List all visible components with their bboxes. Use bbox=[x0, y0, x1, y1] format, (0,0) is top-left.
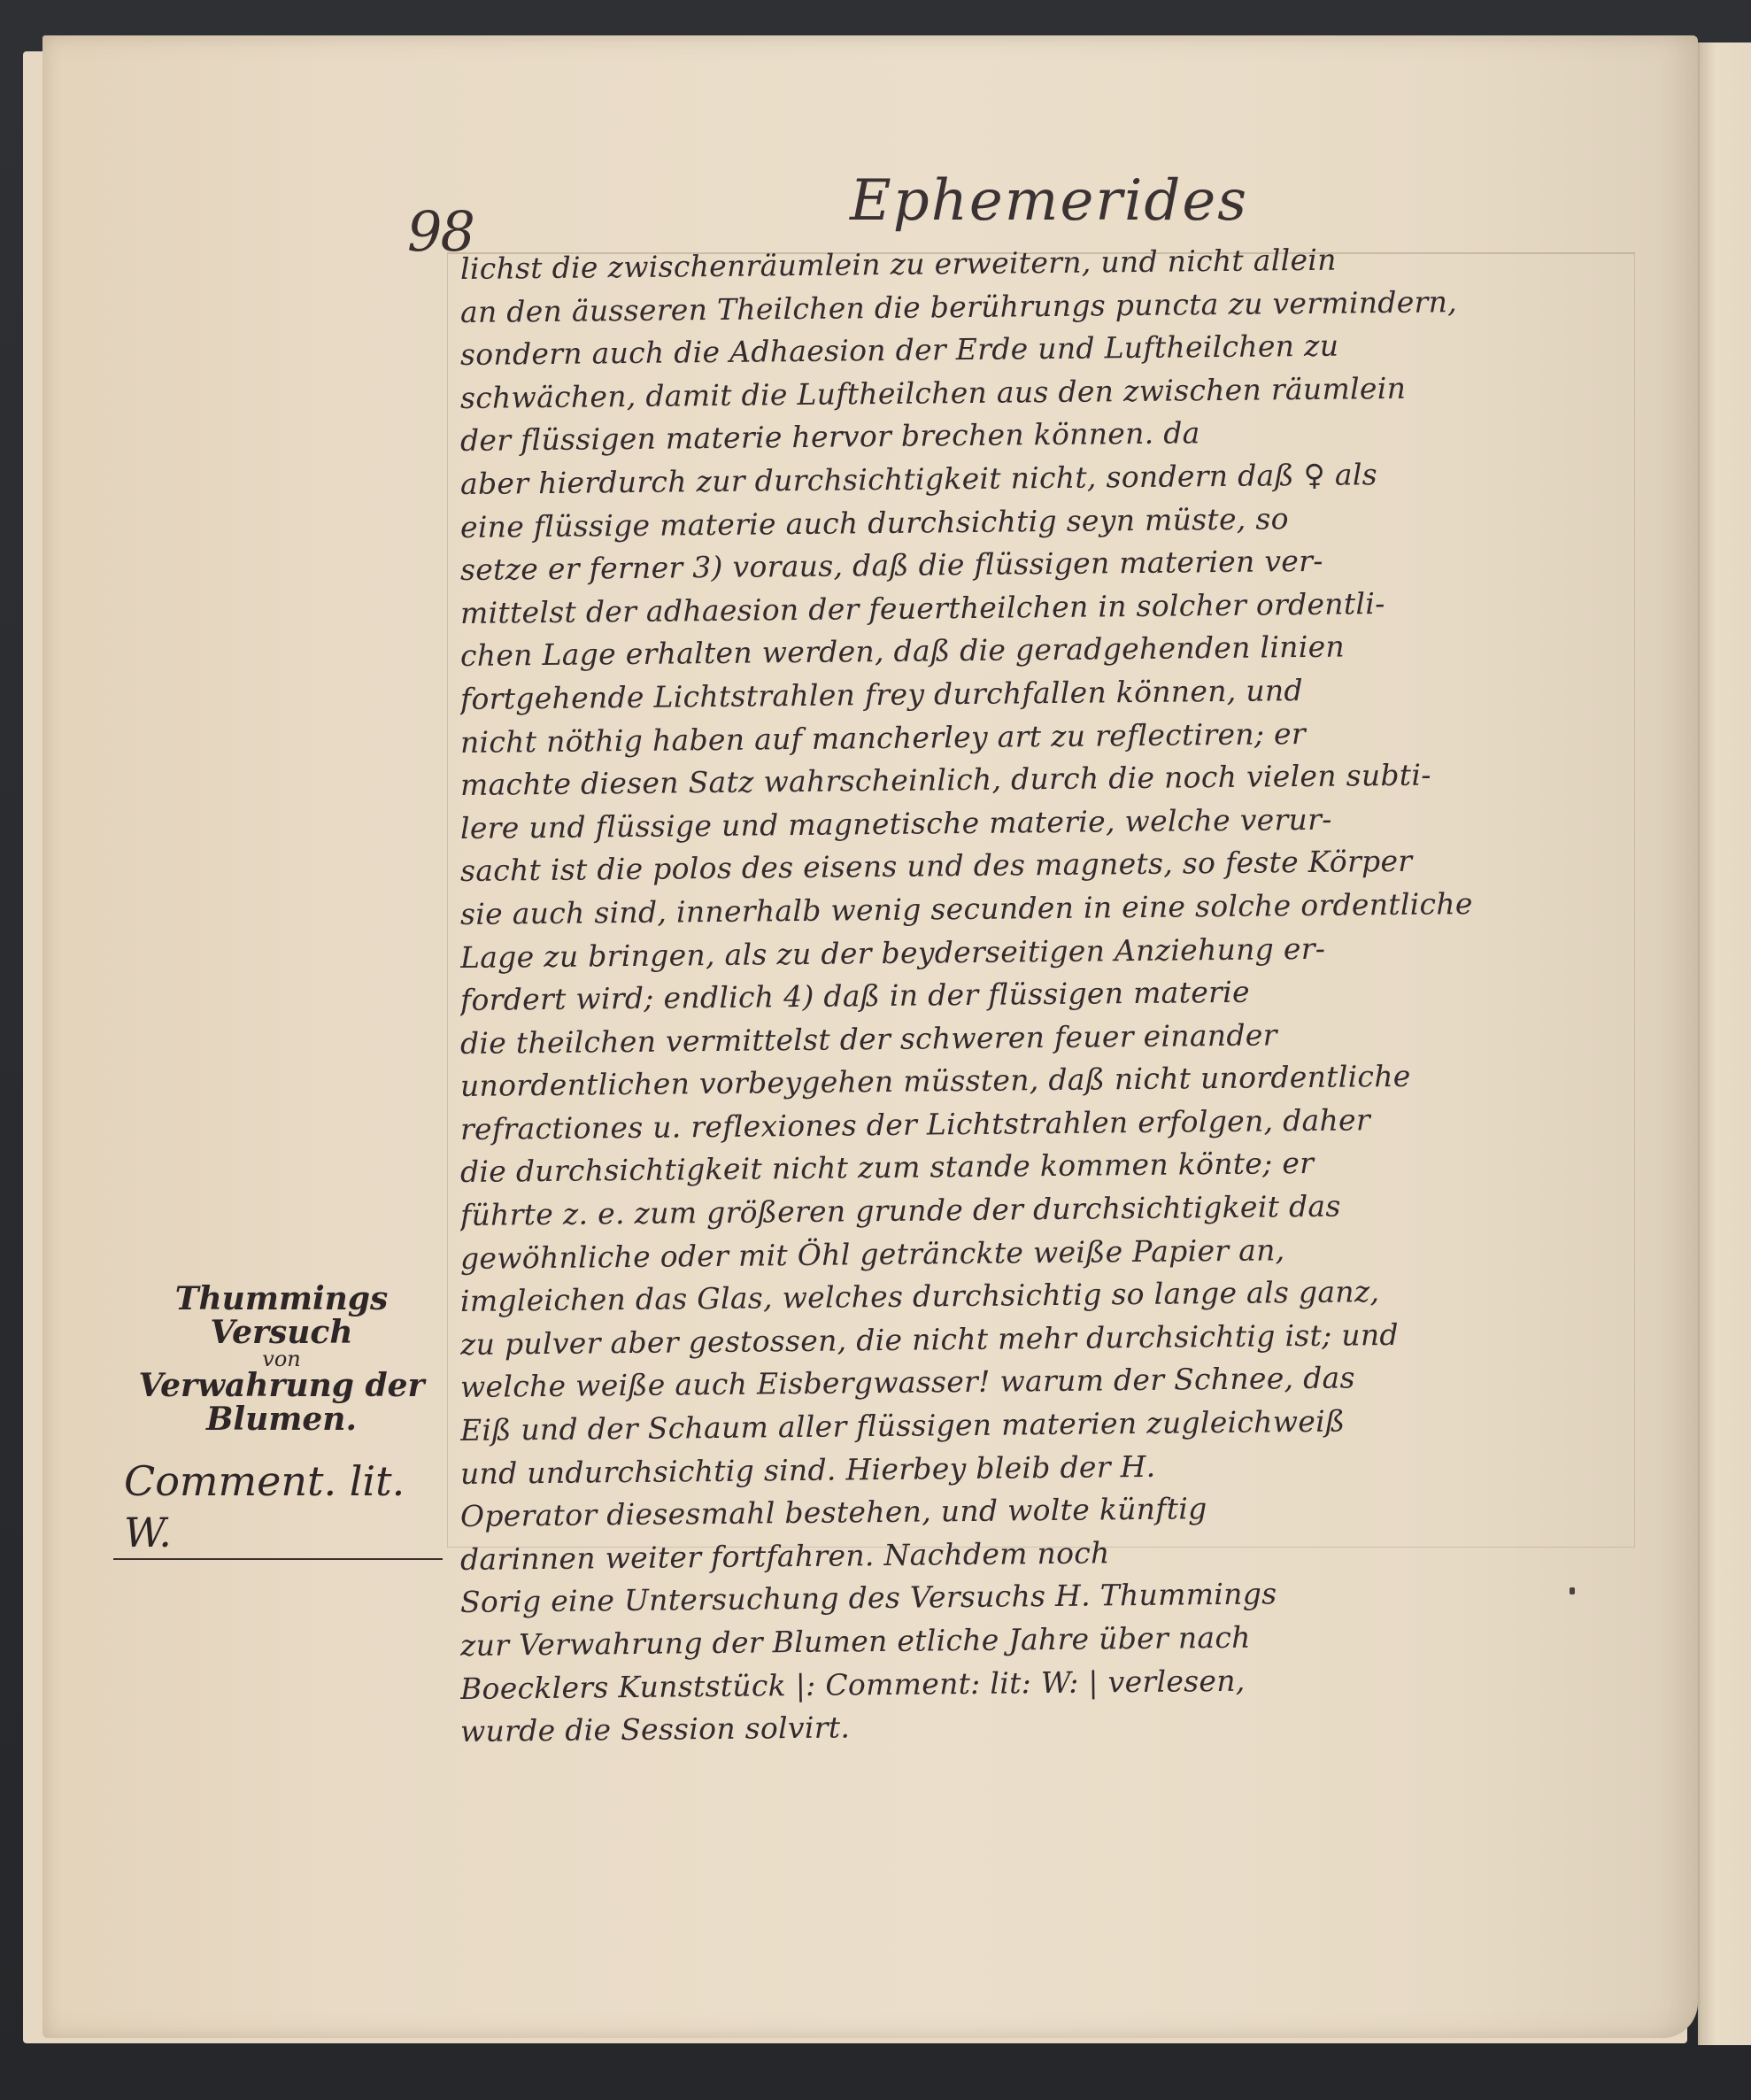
margin-note-connector: von bbox=[113, 1349, 450, 1369]
margin-note-subtitle: Verwahrung der bbox=[113, 1369, 450, 1402]
running-heading: Ephemerides bbox=[850, 168, 1248, 234]
margin-note-title: Thummings Versuch bbox=[113, 1282, 450, 1349]
book-gutter-next-leaf bbox=[1698, 42, 1751, 2045]
margin-note-subtitle-end: Blumen. bbox=[113, 1402, 450, 1436]
marginal-note: Thummings Versuch von Verwahrung der Blu… bbox=[113, 1282, 450, 1560]
margin-note-reference: Comment. lit. W. bbox=[113, 1455, 443, 1560]
ink-speck bbox=[1570, 1587, 1575, 1594]
manuscript-body: lichst die zwischenräumlein zu erweitern… bbox=[460, 248, 1629, 1754]
